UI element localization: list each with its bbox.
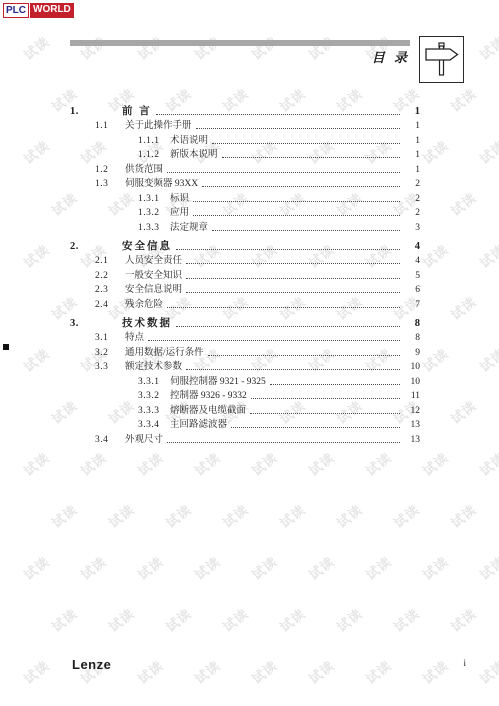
toc-list: 1.前 言11.1关于此操作手册11.1.1术语说明11.1.2新版本说明11.… bbox=[70, 103, 420, 446]
toc-leader-dots bbox=[186, 292, 400, 293]
toc-entry-page: 8 bbox=[404, 318, 420, 330]
toc-entry-title: 应用 bbox=[170, 207, 189, 219]
toc-leader-dots bbox=[212, 230, 400, 231]
toc-entry: 1.2供货范围1 bbox=[70, 161, 420, 176]
toc-leader-dots bbox=[186, 278, 400, 279]
toc-entry-number: 2.3 bbox=[95, 284, 125, 296]
toc-entry: 3.3.4主回路滤波器13 bbox=[70, 417, 420, 432]
toc-entry: 1.1.1术语说明1 bbox=[70, 132, 420, 147]
footer-page-number: i bbox=[450, 658, 466, 668]
header-rule bbox=[70, 40, 410, 46]
toc-entry-page: 2 bbox=[404, 193, 420, 205]
toc-leader-dots bbox=[176, 326, 400, 327]
toc-leader-dots bbox=[167, 442, 400, 443]
toc-leader-dots bbox=[250, 413, 400, 414]
toc-entry-number: 1.3.1 bbox=[138, 193, 170, 205]
toc-entry-number: 3.3.3 bbox=[138, 405, 170, 417]
toc-entry-number: 1.1 bbox=[95, 120, 125, 132]
toc-entry: 3.1特点8 bbox=[70, 330, 420, 345]
toc-entry-number: 2.4 bbox=[95, 299, 125, 311]
toc-entry-number: 1.3.3 bbox=[138, 222, 170, 234]
toc-entry-title: 法定规章 bbox=[170, 222, 208, 234]
toc-entry: 3.2通用数据/运行条件9 bbox=[70, 344, 420, 359]
toc-entry-number: 2.2 bbox=[95, 270, 125, 282]
toc-leader-dots bbox=[202, 186, 400, 187]
toc-entry-page: 13 bbox=[404, 419, 420, 431]
toc-leader-dots bbox=[186, 369, 400, 370]
toc-entry-title: 主回路滤波器 bbox=[170, 419, 227, 431]
toc-entry-page: 9 bbox=[404, 347, 420, 359]
toc-entry: 2.2一般安全知识5 bbox=[70, 267, 420, 282]
toc-entry-title: 安全信息说明 bbox=[125, 284, 182, 296]
toc-entry-title: 通用数据/运行条件 bbox=[125, 347, 204, 359]
toc-entry-title: 术语说明 bbox=[170, 135, 208, 147]
toc-entry-page: 1 bbox=[404, 120, 420, 132]
toc-entry-title: 供货范围 bbox=[125, 164, 163, 176]
toc-entry-number: 3.1 bbox=[95, 332, 125, 344]
toc-entry: 2.4残余危险7 bbox=[70, 296, 420, 311]
toc-leader-dots bbox=[196, 128, 400, 129]
toc-entry: 2.1人员安全责任4 bbox=[70, 253, 420, 268]
toc-entry-page: 8 bbox=[404, 332, 420, 344]
toc-entry: 1.3.1标识2 bbox=[70, 190, 420, 205]
toc-leader-dots bbox=[156, 114, 400, 115]
signpost-icon bbox=[419, 36, 464, 83]
toc-leader-dots bbox=[270, 384, 400, 385]
toc-entry-title: 伺服控制器 9321 - 9325 bbox=[170, 376, 266, 388]
toc-entry-title: 新版本说明 bbox=[170, 149, 218, 161]
toc-leader-dots bbox=[193, 201, 400, 202]
toc-entry-number: 3.3.1 bbox=[138, 376, 170, 388]
toc-entry-number: 2.1 bbox=[95, 255, 125, 267]
toc-entry-title: 伺服变频器 93XX bbox=[125, 178, 198, 190]
toc-entry-number: 3.4 bbox=[95, 434, 125, 446]
toc-entry-page: 2 bbox=[404, 207, 420, 219]
page-title: 目 录 bbox=[70, 47, 410, 66]
toc-entry-number: 2. bbox=[70, 241, 122, 253]
plc-world-logo: PLC WORLD bbox=[3, 3, 74, 18]
toc-entry-title: 熔断器及电缆截面 bbox=[170, 405, 246, 417]
logo-plc-text: PLC bbox=[3, 3, 29, 18]
document-page: PLC WORLD 目 录 1.前 言11.1关于此操作手册11.1.1术语说明… bbox=[0, 0, 499, 706]
toc-entry-number: 3.3 bbox=[95, 361, 125, 373]
logo-world-text: WORLD bbox=[30, 3, 74, 18]
toc-leader-dots bbox=[167, 307, 400, 308]
toc-entry-page: 7 bbox=[404, 299, 420, 311]
toc-entry: 2.安全信息4 bbox=[70, 238, 420, 253]
toc-entry: 3.3.3熔断器及电缆截面12 bbox=[70, 402, 420, 417]
toc-entry-number: 1.2 bbox=[95, 164, 125, 176]
toc-entry: 3.3.2控制器 9326 - 933211 bbox=[70, 388, 420, 403]
toc-entry: 1.1关于此操作手册1 bbox=[70, 118, 420, 133]
registration-mark bbox=[3, 344, 9, 350]
toc-entry-page: 13 bbox=[404, 434, 420, 446]
toc-entry-title: 残余危险 bbox=[125, 299, 163, 311]
toc-entry-title: 额定技术参数 bbox=[125, 361, 182, 373]
toc-entry-page: 1 bbox=[404, 149, 420, 161]
toc-entry: 3.技术数据8 bbox=[70, 315, 420, 330]
toc-leader-dots bbox=[212, 143, 400, 144]
toc-entry-number: 3. bbox=[70, 318, 122, 330]
toc-entry-page: 4 bbox=[404, 241, 420, 253]
toc-entry-number: 1.3.2 bbox=[138, 207, 170, 219]
toc-entry: 1.1.2新版本说明1 bbox=[70, 147, 420, 162]
toc-entry-page: 1 bbox=[404, 135, 420, 147]
toc-entry-page: 4 bbox=[404, 255, 420, 267]
toc-entry-page: 1 bbox=[404, 164, 420, 176]
toc-entry-page: 12 bbox=[404, 405, 420, 417]
toc-leader-dots bbox=[208, 355, 400, 356]
toc-entry-page: 2 bbox=[404, 178, 420, 190]
toc-entry-title: 特点 bbox=[125, 332, 144, 344]
toc-entry-page: 10 bbox=[404, 376, 420, 388]
toc-leader-dots bbox=[148, 340, 400, 341]
toc-entry-title: 人员安全责任 bbox=[125, 255, 182, 267]
toc-entry: 1.3伺服变频器 93XX2 bbox=[70, 176, 420, 191]
toc-entry: 3.3额定技术参数10 bbox=[70, 359, 420, 374]
toc-entry-page: 3 bbox=[404, 222, 420, 234]
toc-entry-title: 前 言 bbox=[122, 106, 152, 118]
toc-leader-dots bbox=[167, 172, 400, 173]
toc-entry-title: 控制器 9326 - 9332 bbox=[170, 390, 247, 402]
toc-entry: 1.前 言1 bbox=[70, 103, 420, 118]
toc-entry-number: 1.1.2 bbox=[138, 149, 170, 161]
toc-entry-page: 11 bbox=[404, 390, 420, 402]
toc-leader-dots bbox=[193, 215, 400, 216]
toc-entry-page: 6 bbox=[404, 284, 420, 296]
toc-entry-title: 一般安全知识 bbox=[125, 270, 182, 282]
lenze-logo: Lenze bbox=[72, 657, 111, 672]
toc-leader-dots bbox=[186, 263, 400, 264]
toc-entry-number: 3.2 bbox=[95, 347, 125, 359]
toc-leader-dots bbox=[251, 398, 400, 399]
toc-entry-number: 1.1.1 bbox=[138, 135, 170, 147]
toc-entry-page: 1 bbox=[404, 106, 420, 118]
toc-entry-title: 外观尺寸 bbox=[125, 434, 163, 446]
toc-entry-page: 10 bbox=[404, 361, 420, 373]
toc-leader-dots bbox=[231, 427, 400, 428]
signpost-icon-graphic bbox=[424, 41, 460, 79]
toc-entry: 3.4外观尺寸13 bbox=[70, 431, 420, 446]
toc-entry-title: 关于此操作手册 bbox=[125, 120, 192, 132]
toc-entry-title: 标识 bbox=[170, 193, 189, 205]
toc-entry: 1.3.3法定规章3 bbox=[70, 219, 420, 234]
toc-entry-number: 3.3.2 bbox=[138, 390, 170, 402]
toc-entry: 2.3安全信息说明6 bbox=[70, 282, 420, 297]
toc-entry-title: 技术数据 bbox=[122, 318, 172, 330]
toc-entry-number: 1. bbox=[70, 106, 122, 118]
toc-entry-title: 安全信息 bbox=[122, 241, 172, 253]
toc-entry: 3.3.1伺服控制器 9321 - 932510 bbox=[70, 373, 420, 388]
toc-entry: 1.3.2应用2 bbox=[70, 205, 420, 220]
toc-entry-number: 1.3 bbox=[95, 178, 125, 190]
toc-leader-dots bbox=[176, 249, 400, 250]
toc-entry-page: 5 bbox=[404, 270, 420, 282]
toc-entry-number: 3.3.4 bbox=[138, 419, 170, 431]
toc-leader-dots bbox=[222, 157, 400, 158]
